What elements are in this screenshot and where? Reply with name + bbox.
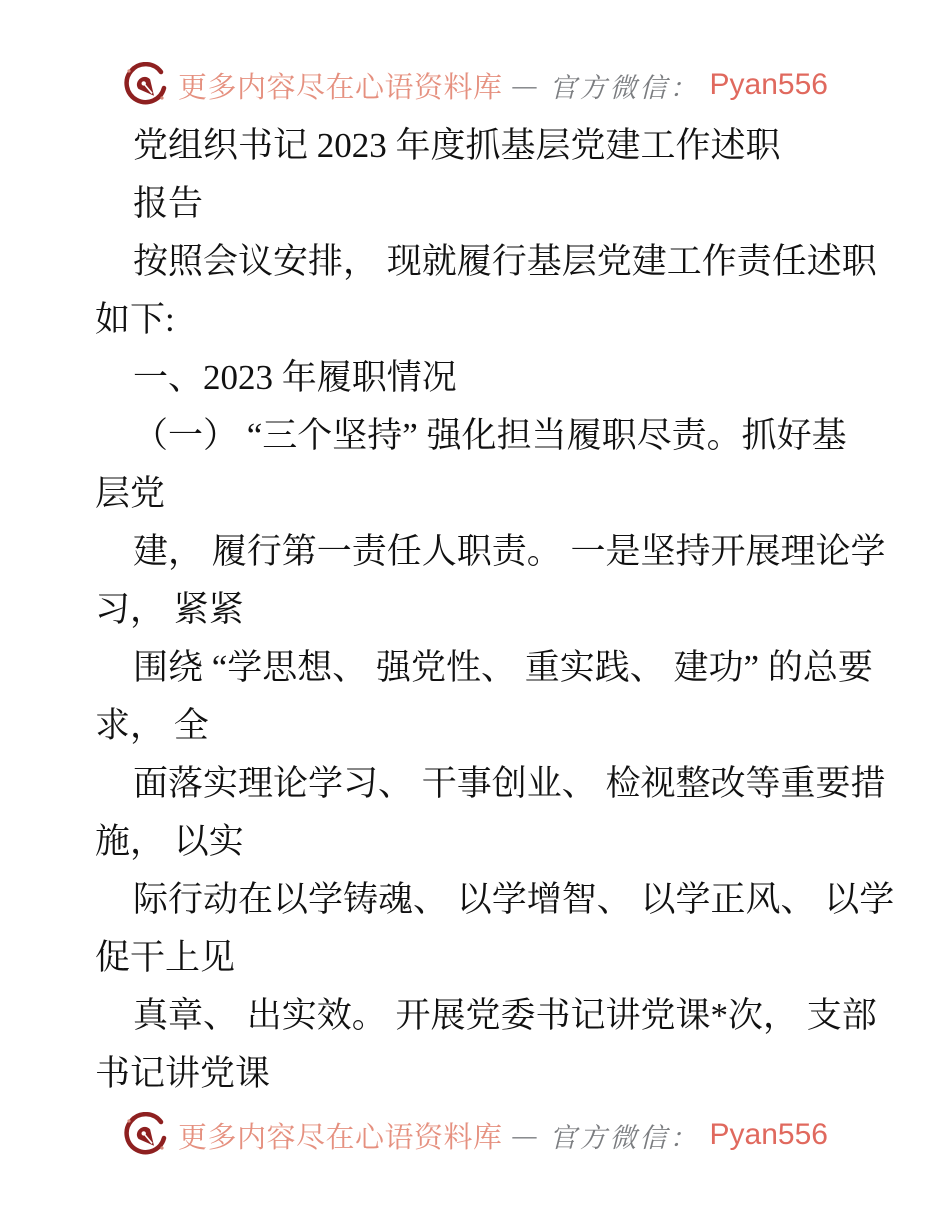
text-line: 求， 全 [95,697,855,755]
text-line: 际行动在以学铸魂、 以学增智、 以学正风、 以学 [95,871,855,929]
footer-watermark: 更多内容尽在心语资料库—官方微信：Pyan556 [0,1112,950,1158]
text-line: 层党 [95,465,855,523]
wechat-label: 官方微信： [550,66,700,105]
text-line: 施， 以实 [95,813,855,871]
text-line: 真章、 出实效。 开展党委书记讲党课*次， 支部 [95,987,855,1045]
text-line: 促干上见 [95,929,855,987]
text-line: 围绕 “学思想、 强党性、 重实践、 建功” 的总要 [95,639,855,697]
brand-text: 更多内容尽在心语资料库 [178,65,503,106]
pen-nib-circle-icon [122,62,168,108]
text-line: 习， 紧紧 [95,581,855,639]
dash: — [513,70,540,101]
text-line: 面落实理论学习、 干事创业、 检视整改等重要措 [95,755,855,813]
document-page: 更多内容尽在心语资料库—官方微信：Pyan556 党组织书记 2023 年度抓基… [0,0,950,1230]
text-line: 一、2023 年履职情况 [95,349,855,407]
text-line: （一） “三个坚持” 强化担当履职尽责。抓好基 [95,407,855,465]
text-line: 按照会议安排， 现就履行基层党建工作责任述职 [95,233,855,291]
pen-nib-circle-icon [122,1112,168,1158]
text-line: 如下: [95,291,855,349]
wechat-label: 官方微信： [550,1116,700,1155]
header-watermark: 更多内容尽在心语资料库—官方微信：Pyan556 [0,62,950,108]
wechat-id: Pyan556 [710,1118,828,1152]
text-line: 党组织书记 2023 年度抓基层党建工作述职 [95,117,855,175]
text-line: 报告 [95,175,855,233]
brand-text: 更多内容尽在心语资料库 [178,1115,503,1156]
dash: — [513,1120,540,1151]
text-line: 建， 履行第一责任人职责。 一是坚持开展理论学 [95,523,855,581]
text-line: 书记讲党课 [95,1045,855,1103]
wechat-id: Pyan556 [710,68,828,102]
document-body: 党组织书记 2023 年度抓基层党建工作述职报告按照会议安排， 现就履行基层党建… [95,117,855,1103]
